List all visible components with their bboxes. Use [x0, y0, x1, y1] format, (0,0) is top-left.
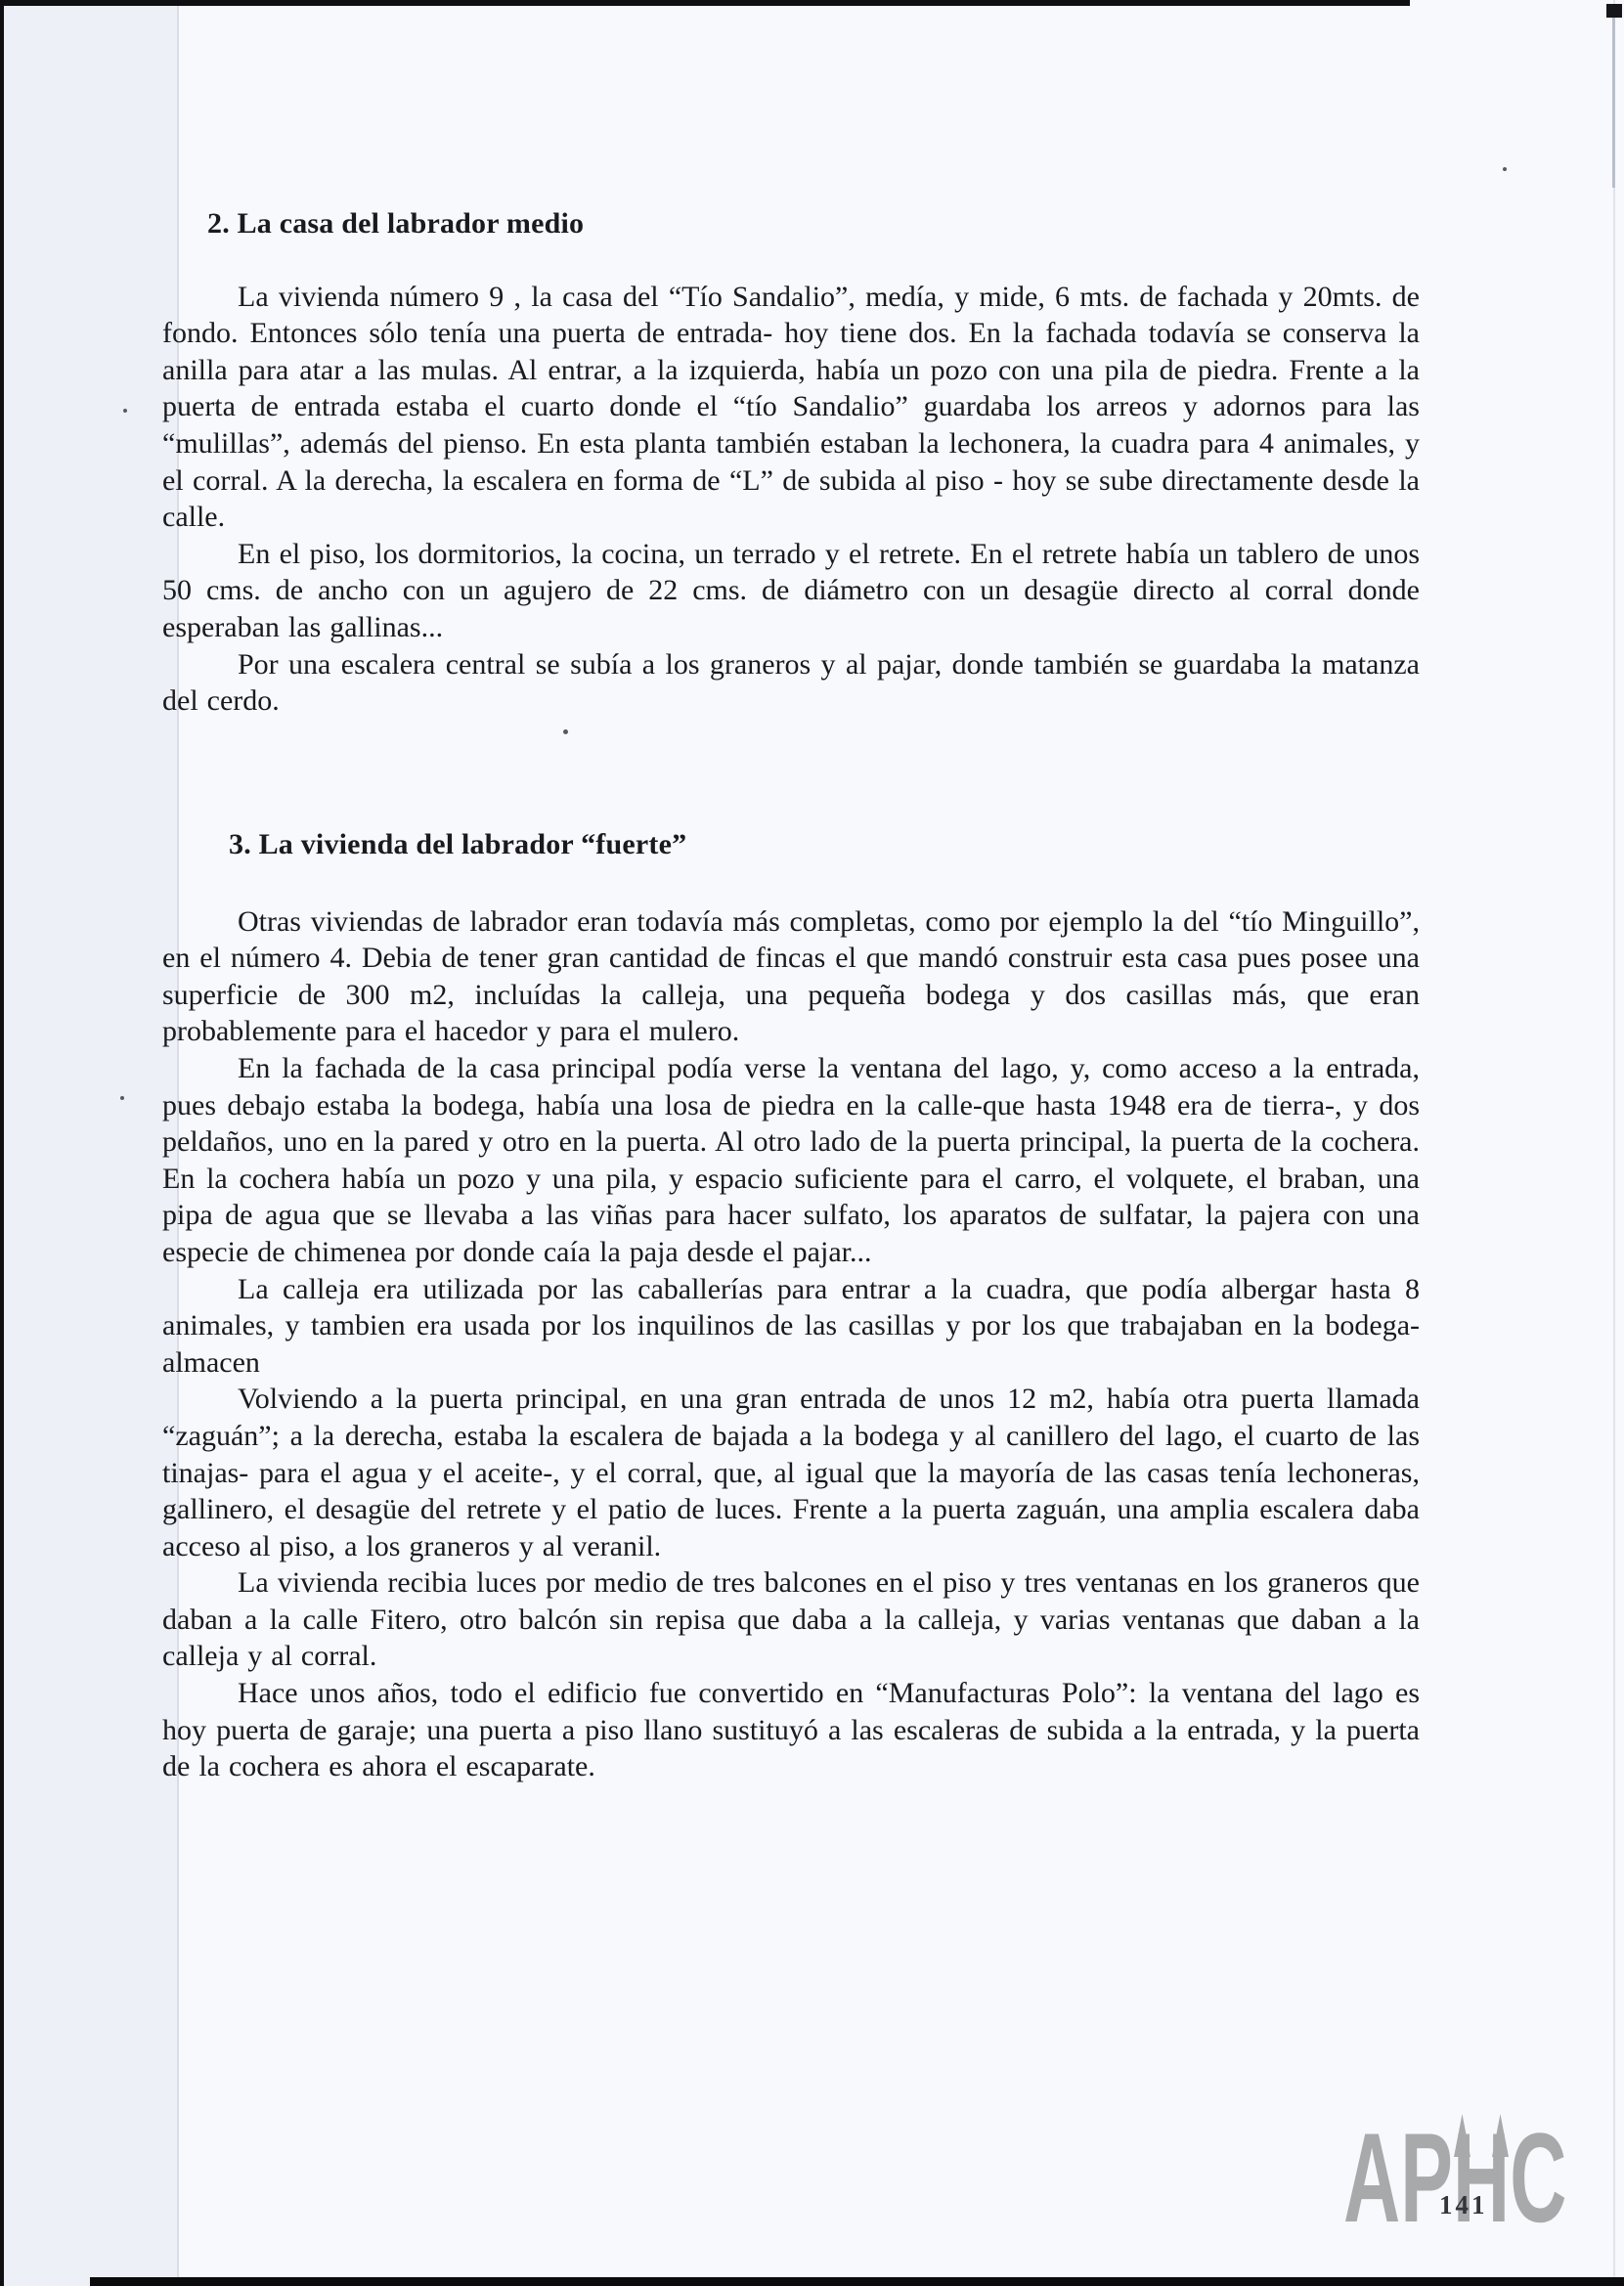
scan-speck — [120, 1096, 124, 1100]
scan-artifact-top-right — [1606, 4, 1622, 18]
paragraph: Otras viviendas de labrador eran todavía… — [162, 903, 1420, 1050]
section-vivienda-labrador-fuerte: 3. La vivienda del labrador “fuerte” Otr… — [162, 826, 1420, 1785]
scanned-document-page: 2. La casa del labrador medio La viviend… — [0, 0, 1624, 2286]
scan-border-top — [0, 0, 1410, 6]
paragraph: La vivienda número 9 , la casa del “Tío … — [162, 279, 1420, 536]
section-casa-labrador-medio: 2. La casa del labrador medio La viviend… — [162, 205, 1420, 720]
scan-border-bottom — [90, 2277, 1624, 2286]
scanner-background-band — [4, 0, 178, 2286]
paragraph: La vivienda recibia luces por medio de t… — [162, 1564, 1420, 1675]
scan-speck — [563, 729, 568, 734]
section-heading: 3. La vivienda del labrador “fuerte” — [229, 826, 1420, 863]
aphc-watermark-text: APHC — [1343, 2114, 1566, 2241]
paragraph: Por una escalera central se subía a los … — [162, 646, 1420, 720]
page-edge-shadow-right — [1612, 12, 1615, 188]
scan-speck — [123, 409, 127, 413]
paragraph: Hace unos años, todo el edificio fue con… — [162, 1675, 1420, 1785]
scan-speck — [1503, 167, 1507, 171]
paragraph: Volviendo a la puerta principal, en una … — [162, 1381, 1420, 1564]
scan-border-left — [0, 0, 4, 2286]
paragraph: La calleja era utilizada por las caballe… — [162, 1271, 1420, 1382]
page-edge-crease-right — [1613, 0, 1615, 2286]
section-heading: 2. La casa del labrador medio — [207, 205, 1420, 242]
paragraph: En el piso, los dormitorios, la cocina, … — [162, 536, 1420, 646]
paragraph: En la fachada de la casa principal podía… — [162, 1050, 1420, 1271]
page-number: 141 — [1439, 2190, 1488, 2220]
